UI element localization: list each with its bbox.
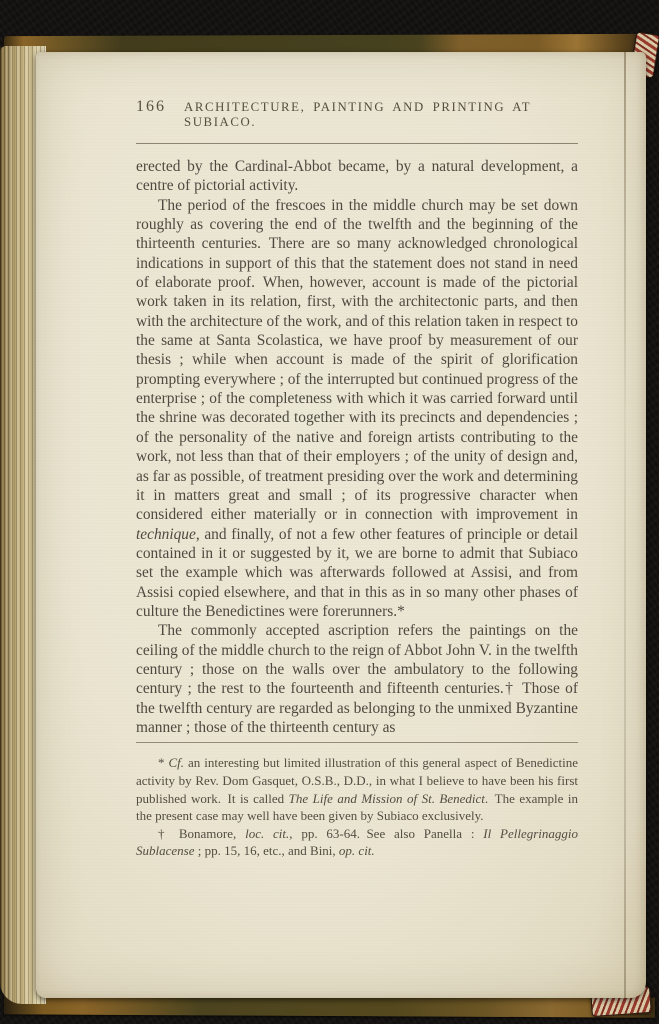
paragraph: The commonly accepted ascription refers …	[136, 621, 578, 737]
body-text: erected by the Cardinal-Abbot became, by…	[136, 157, 578, 737]
book-page: 166 ARCHITECTURE, PAINTING AND PRINTING …	[36, 52, 646, 998]
italic-text: Cf.	[168, 755, 184, 770]
paragraph: The period of the frescoes in the middle…	[136, 196, 578, 622]
paragraph: erected by the Cardinal-Abbot became, by…	[136, 157, 578, 196]
page-number: 166	[136, 98, 166, 116]
footnote: * Cf. an interesting but limited illustr…	[136, 754, 578, 824]
footnotes: * Cf. an interesting but limited illustr…	[136, 754, 578, 860]
italic-text: loc. cit.	[245, 826, 289, 841]
page-content: 166 ARCHITECTURE, PAINTING AND PRINTING …	[136, 98, 578, 860]
footnote-rule	[136, 742, 578, 743]
footnote: † Bonamore, loc. cit., pp. 63-64. See al…	[136, 825, 578, 860]
page-crease	[624, 52, 626, 998]
header-rule	[136, 143, 578, 144]
book-scan-photo: 166 ARCHITECTURE, PAINTING AND PRINTING …	[0, 0, 659, 1024]
italic-text: The Life and Mission of St. Benedict	[289, 791, 485, 806]
running-header-title: ARCHITECTURE, PAINTING AND PRINTING AT S…	[184, 100, 578, 130]
running-header: 166 ARCHITECTURE, PAINTING AND PRINTING …	[136, 98, 578, 130]
italic-text: op. cit.	[339, 843, 375, 858]
italic-text: technique	[136, 526, 196, 543]
